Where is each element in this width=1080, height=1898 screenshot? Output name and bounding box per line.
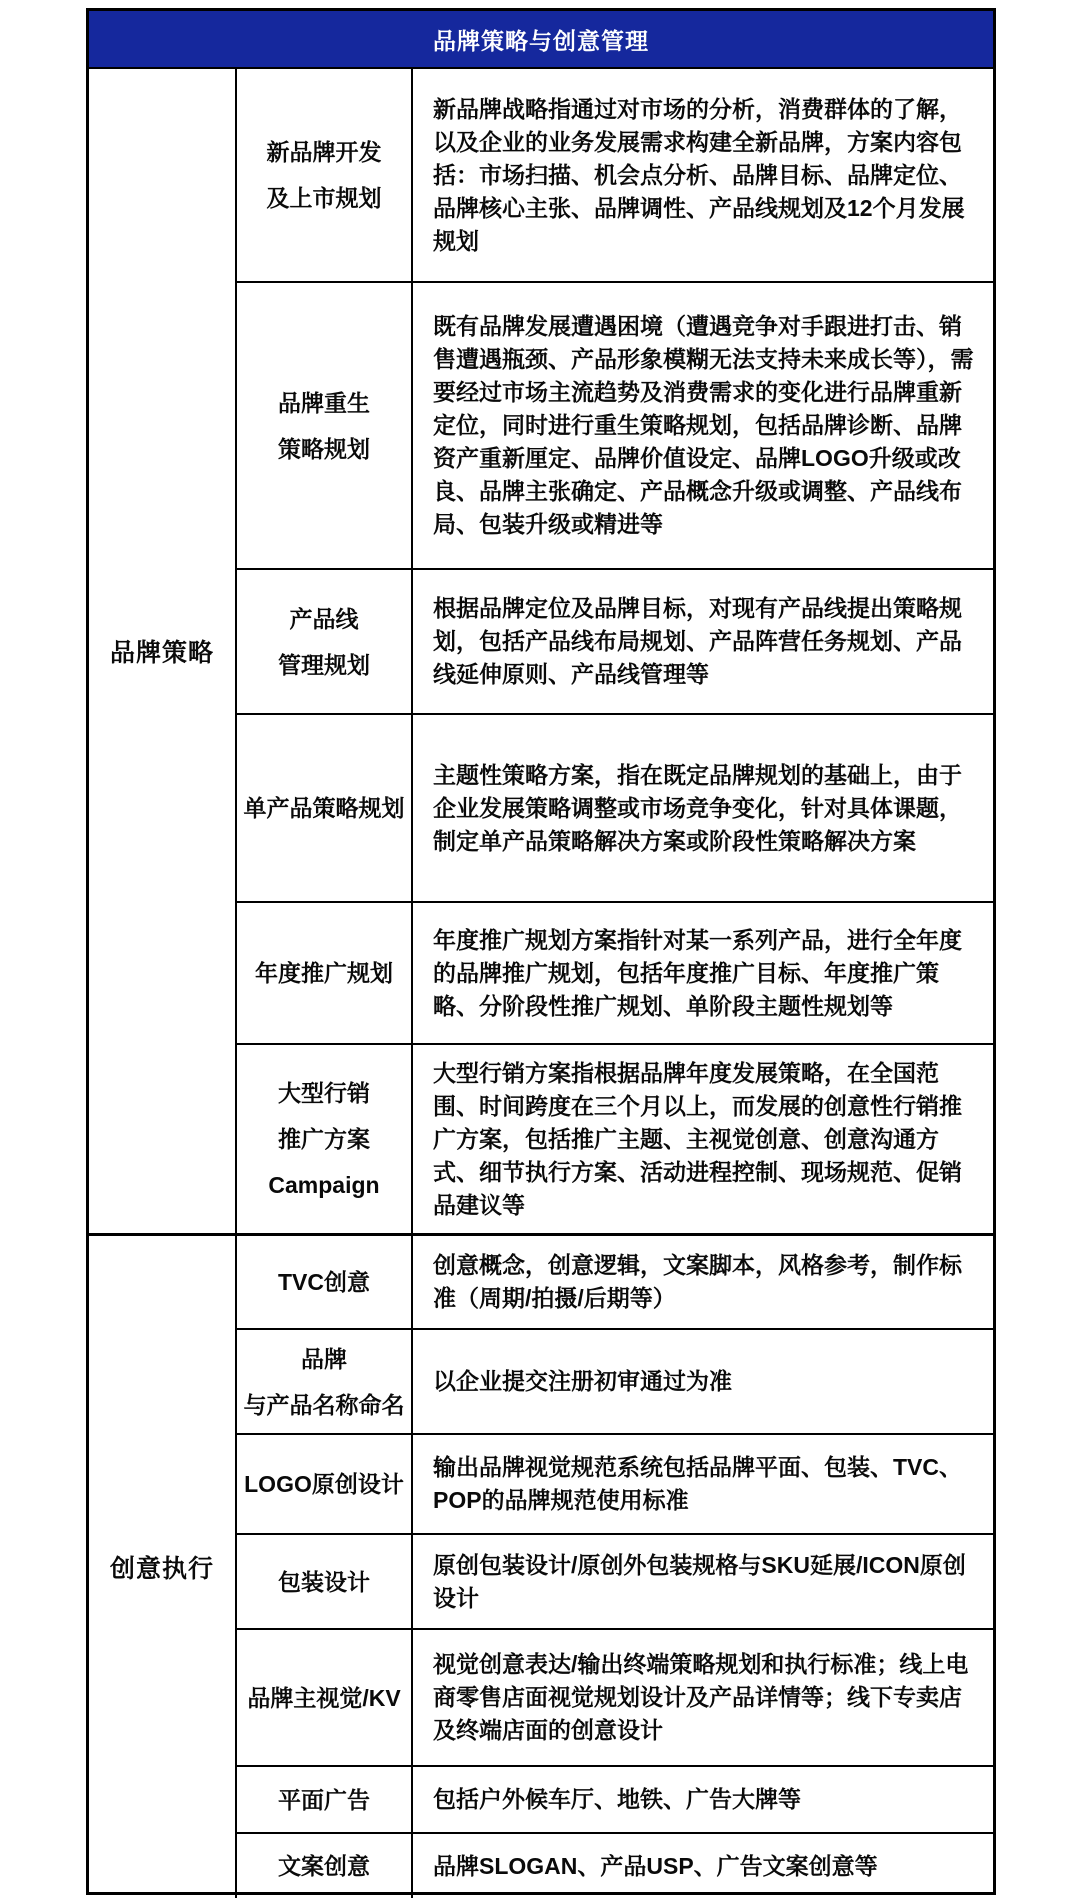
table-row: LOGO原创设计 输出品牌视觉规范系统包括品牌平面、包装、TVC、POP的品牌规… [237, 1433, 993, 1533]
table-title: 品牌策略与创意管理 [433, 23, 649, 56]
row-label: 新品牌开发 及上市规划 [237, 69, 413, 281]
row-desc-text: 大型行销方案指根据品牌年度发展策略，在全国范围、时间跨度在三个月以上，而发展的创… [433, 1057, 979, 1222]
table-row: 品牌 与产品名称命名 以企业提交注册初审通过为准 [237, 1328, 993, 1433]
row-label: 文案创意 [237, 1834, 413, 1895]
row-label: 品牌主视觉/KV [237, 1630, 413, 1765]
row-desc-text: 既有品牌发展遭遇困境（遭遇竞争对手跟进打击、销售遭遇瓶颈、产品形象模糊无法支持未… [433, 310, 979, 541]
row-desc: 视觉创意表达/输出终端策略规划和执行标准；线上电商零售店面视觉规划设计及产品详情… [413, 1630, 993, 1765]
group-rows: TVC创意 创意概念，创意逻辑，文案脚本，风格参考，制作标准（周期/拍摄/后期等… [237, 1236, 993, 1895]
row-desc-text: 品牌SLOGAN、产品USP、广告文案创意等 [433, 1850, 878, 1883]
row-label: 包装设计 [237, 1535, 413, 1628]
row-label: 品牌 与产品名称命名 [237, 1330, 413, 1433]
table-row: 产品线 管理规划 根据品牌定位及品牌目标，对现有产品线提出策略规划，包括产品线布… [237, 568, 993, 713]
row-desc-text: 年度推广规划方案指针对某一系列产品，进行全年度的品牌推广规划，包括年度推广目标、… [433, 924, 979, 1023]
group-brand-strategy: 品牌策略 新品牌开发 及上市规划 新品牌战略指通过对市场的分析，消费群体的了解，… [89, 69, 993, 1233]
row-desc: 输出品牌视觉规范系统包括品牌平面、包装、TVC、POP的品牌规范使用标准 [413, 1435, 993, 1533]
group-creative-execution: 创意执行 TVC创意 创意概念，创意逻辑，文案脚本，风格参考，制作标准（周期/拍… [89, 1233, 993, 1895]
table-header: 品牌策略与创意管理 [89, 11, 993, 69]
table-row: 包装设计 原创包装设计/原创外包装规格与SKU延展/ICON原创设计 [237, 1533, 993, 1628]
row-desc: 品牌SLOGAN、产品USP、广告文案创意等 [413, 1834, 993, 1895]
row-label: TVC创意 [237, 1236, 413, 1328]
row-desc-text: 视觉创意表达/输出终端策略规划和执行标准；线上电商零售店面视觉规划设计及产品详情… [433, 1648, 979, 1747]
table-row: 新品牌开发 及上市规划 新品牌战略指通过对市场的分析，消费群体的了解，以及企业的… [237, 69, 993, 281]
row-desc: 包括户外候车厅、地铁、广告大牌等 [413, 1767, 993, 1832]
row-desc: 根据品牌定位及品牌目标，对现有产品线提出策略规划，包括产品线布局规划、产品阵营任… [413, 570, 993, 713]
row-desc-text: 根据品牌定位及品牌目标，对现有产品线提出策略规划，包括产品线布局规划、产品阵营任… [433, 592, 979, 691]
row-desc: 创意概念，创意逻辑，文案脚本，风格参考，制作标准（周期/拍摄/后期等） [413, 1236, 993, 1328]
table-row: 平面广告 包括户外候车厅、地铁、广告大牌等 [237, 1765, 993, 1832]
row-desc: 主题性策略方案，指在既定品牌规划的基础上，由于企业发展策略调整或市场竞争变化，针… [413, 715, 993, 901]
row-desc-text: 主题性策略方案，指在既定品牌规划的基础上，由于企业发展策略调整或市场竞争变化，针… [433, 759, 979, 858]
row-desc: 既有品牌发展遭遇困境（遭遇竞争对手跟进打击、销售遭遇瓶颈、产品形象模糊无法支持未… [413, 283, 993, 568]
group-label: 创意执行 [89, 1236, 237, 1895]
row-label: 年度推广规划 [237, 903, 413, 1043]
row-label: LOGO原创设计 [237, 1435, 413, 1533]
table-row: TVC创意 创意概念，创意逻辑，文案脚本，风格参考，制作标准（周期/拍摄/后期等… [237, 1236, 993, 1328]
row-desc-text: 创意概念，创意逻辑，文案脚本，风格参考，制作标准（周期/拍摄/后期等） [433, 1249, 979, 1315]
row-desc-text: 输出品牌视觉规范系统包括品牌平面、包装、TVC、POP的品牌规范使用标准 [433, 1451, 979, 1517]
row-label: 大型行销 推广方案 Campaign [237, 1045, 413, 1233]
row-desc-text: 以企业提交注册初审通过为准 [433, 1365, 732, 1398]
row-desc: 以企业提交注册初审通过为准 [413, 1330, 993, 1433]
row-label: 单产品策略规划 [237, 715, 413, 901]
row-desc-text: 原创包装设计/原创外包装规格与SKU延展/ICON原创设计 [433, 1549, 979, 1615]
row-desc: 新品牌战略指通过对市场的分析，消费群体的了解，以及企业的业务发展需求构建全新品牌… [413, 69, 993, 281]
table-row: 品牌主视觉/KV 视觉创意表达/输出终端策略规划和执行标准；线上电商零售店面视觉… [237, 1628, 993, 1765]
row-desc: 原创包装设计/原创外包装规格与SKU延展/ICON原创设计 [413, 1535, 993, 1628]
row-label: 产品线 管理规划 [237, 570, 413, 713]
table-row: 大型行销 推广方案 Campaign 大型行销方案指根据品牌年度发展策略，在全国… [237, 1043, 993, 1233]
table-row: 文案创意 品牌SLOGAN、产品USP、广告文案创意等 [237, 1832, 993, 1895]
row-desc: 年度推广规划方案指针对某一系列产品，进行全年度的品牌推广规划，包括年度推广目标、… [413, 903, 993, 1043]
row-desc-text: 包括户外候车厅、地铁、广告大牌等 [433, 1783, 801, 1816]
row-label: 平面广告 [237, 1767, 413, 1832]
row-desc-text: 新品牌战略指通过对市场的分析，消费群体的了解，以及企业的业务发展需求构建全新品牌… [433, 93, 979, 258]
table-row: 单产品策略规划 主题性策略方案，指在既定品牌规划的基础上，由于企业发展策略调整或… [237, 713, 993, 901]
table-row: 年度推广规划 年度推广规划方案指针对某一系列产品，进行全年度的品牌推广规划，包括… [237, 901, 993, 1043]
table-row: 品牌重生 策略规划 既有品牌发展遭遇困境（遭遇竞争对手跟进打击、销售遭遇瓶颈、产… [237, 281, 993, 568]
row-desc: 大型行销方案指根据品牌年度发展策略，在全国范围、时间跨度在三个月以上，而发展的创… [413, 1045, 993, 1233]
group-label: 品牌策略 [89, 69, 237, 1233]
brand-strategy-table: 品牌策略与创意管理 品牌策略 新品牌开发 及上市规划 新品牌战略指通过对市场的分… [86, 8, 996, 1895]
row-label: 品牌重生 策略规划 [237, 283, 413, 568]
group-rows: 新品牌开发 及上市规划 新品牌战略指通过对市场的分析，消费群体的了解，以及企业的… [237, 69, 993, 1233]
